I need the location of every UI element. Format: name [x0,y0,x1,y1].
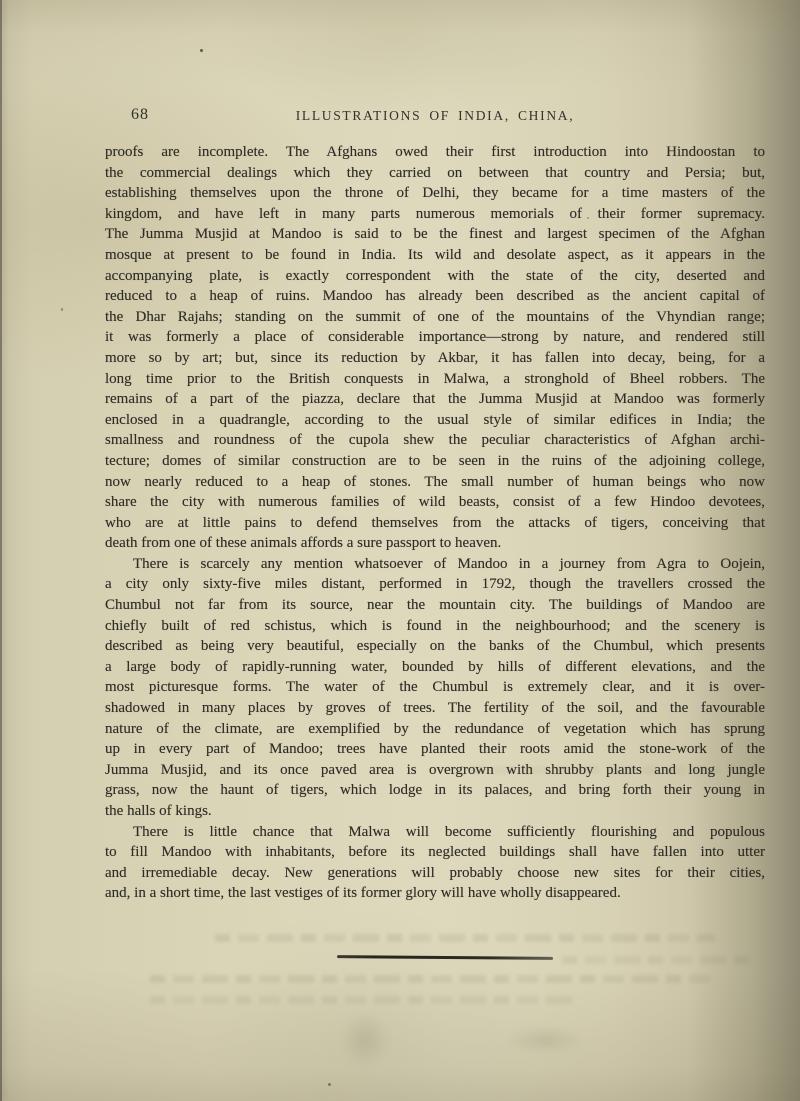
text-line: the commercial dealings which they carri… [105,163,765,184]
text-line: more so by art; but, since its reduction… [105,348,765,369]
text-line: enclosed in a quadrangle, according to t… [105,410,765,431]
page-header: 68 ILLUSTRATIONS OF INDIA, CHINA, [105,106,765,128]
text-line: chiefly built of red schistus, which is … [105,616,765,637]
text-line: and, in a short time, the last vestiges … [105,883,765,904]
show-through-artifact [215,934,715,942]
text-line: it was formerly a place of considerable … [105,327,765,348]
scan-left-edge [0,0,2,1101]
paper-smudge [330,1000,400,1080]
text-line: to fill Mandoo with inhabitants, before … [105,842,765,863]
text-line: mosque at present to be found in India. … [105,245,765,266]
running-title: ILLUSTRATIONS OF INDIA, CHINA, [105,108,765,124]
text-line: the halls of kings. [105,801,765,822]
show-through-artifact [562,956,757,964]
book-page: 68 ILLUSTRATIONS OF INDIA, CHINA, proofs… [0,0,800,1101]
text-line: described as being very beautiful, espec… [105,636,765,657]
text-line: and irremediable decay. New generations … [105,863,765,884]
paragraph: There is little chance that Malwa will b… [105,822,765,904]
text-line: proofs are incomplete. The Afghans owed … [105,142,765,163]
text-line: shadowed in many places by groves of tre… [105,698,765,719]
paper-speck [200,49,203,52]
text-line: There is little chance that Malwa will b… [105,822,765,843]
text-line: a city only sixty-five miles distant, pe… [105,574,765,595]
text-line: death from one of these animals affords … [105,533,765,554]
section-divider [337,955,553,960]
text-line: the Dhar Rajahs; standing on the summit … [105,307,765,328]
body-text: proofs are incomplete. The Afghans owed … [105,142,765,904]
text-line: nature of the climate, are exemplified b… [105,719,765,740]
text-line: now nearly reduced to a heap of stones. … [105,472,765,493]
text-line: remains of a part of the piazza, declare… [105,389,765,410]
text-line: a large body of rapidly-running water, b… [105,657,765,678]
paper-speck [328,1083,331,1086]
paper-speck [61,308,63,311]
text-line: most picturesque forms. The water of the… [105,677,765,698]
paragraph: proofs are incomplete. The Afghans owed … [105,142,765,554]
text-line: who are at little pains to defend themse… [105,513,765,534]
text-line: share the city with numerous families of… [105,492,765,513]
text-line: The Jumma Musjid at Mandoo is said to be… [105,224,765,245]
text-line: kingdom, and have left in many parts num… [105,204,765,225]
text-line: grass, now the haunt of tigers, which lo… [105,780,765,801]
paragraph: There is scarcely any mention whatsoever… [105,554,765,822]
paper-smudge [490,1020,600,1060]
text-line: tecture; domes of similar construction a… [105,451,765,472]
show-through-artifact [150,975,710,983]
text-line: establishing themselves upon the throne … [105,183,765,204]
text-line: up in every part of Mandoo; trees have p… [105,739,765,760]
text-line: Chumbul not far from its source, near th… [105,595,765,616]
text-line: long time prior to the British conquests… [105,369,765,390]
text-line: smallness and roundness of the cupola sh… [105,430,765,451]
text-line: There is scarcely any mention whatsoever… [105,554,765,575]
show-through-artifact [470,766,750,774]
paper-speck [587,217,589,219]
text-line: accompanying plate, is exactly correspon… [105,266,765,287]
text-line: reduced to a heap of ruins. Mandoo has a… [105,286,765,307]
